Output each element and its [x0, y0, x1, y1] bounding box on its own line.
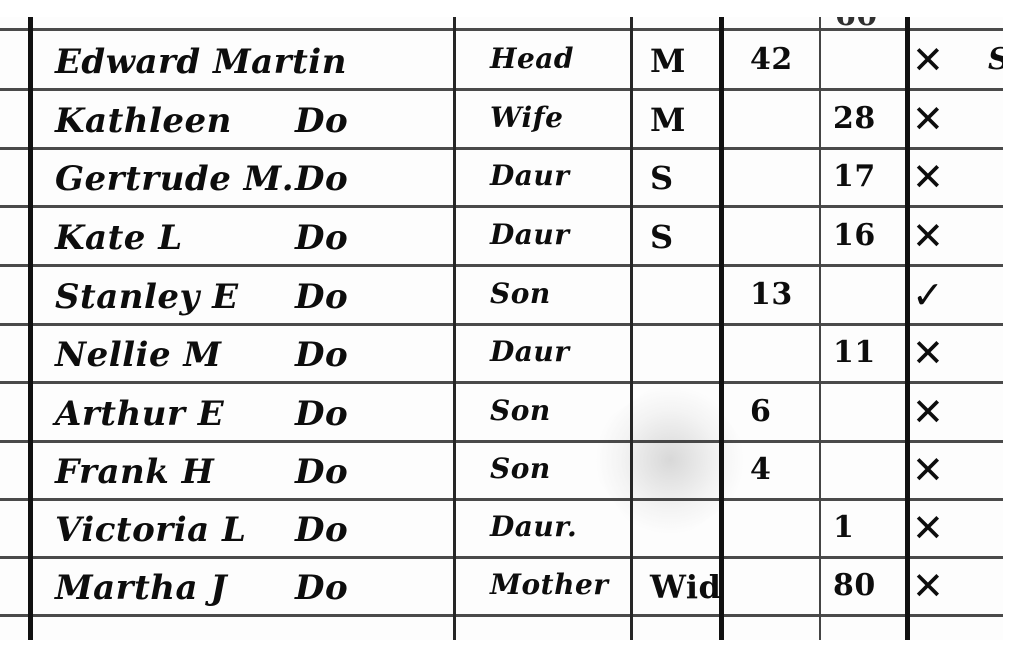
right-margin	[1003, 0, 1019, 653]
mark: ✕	[912, 564, 944, 608]
female-age: 11	[833, 335, 876, 370]
column-rule-age-mark	[905, 0, 910, 653]
female-age: 17	[833, 159, 876, 194]
paper-smudge	[573, 363, 768, 558]
surname-ditto: Do	[295, 218, 348, 258]
relation: Son	[490, 452, 551, 485]
bottom-margin	[0, 640, 1019, 653]
column-rule-relation-marital	[630, 0, 633, 653]
given-name: Martha J	[55, 568, 227, 608]
relation: Mother	[490, 568, 609, 601]
male-age: 4	[750, 452, 771, 487]
female-age: 16	[833, 218, 876, 253]
marital-status: S	[650, 159, 674, 197]
given-name: Frank H	[55, 452, 214, 492]
row-rule	[0, 147, 1003, 150]
top-margin	[0, 0, 1019, 17]
given-name: Arthur E	[55, 394, 224, 434]
mark: ✓	[912, 273, 944, 317]
marital-status: S	[650, 218, 674, 256]
relation: Son	[490, 277, 551, 310]
surname-ditto: Do	[295, 394, 348, 434]
relation: Wife	[490, 101, 563, 134]
row-rule	[0, 205, 1003, 208]
mark: ✕	[912, 38, 944, 82]
row-rule	[0, 381, 1003, 384]
mark: ✕	[912, 390, 944, 434]
relation: Daur	[490, 218, 570, 251]
given-name: Nellie M	[55, 335, 222, 375]
surname-ditto: Do	[295, 101, 348, 141]
census-page-scan: 60 ✕ Edward MartinHeadM42✕KathleenDoWife…	[0, 0, 1019, 653]
male-age: 13	[750, 277, 793, 312]
given-name: Gertrude M.	[55, 159, 294, 199]
marital-status: Wid	[650, 568, 721, 606]
female-age: 80	[833, 568, 876, 603]
mark: ✕	[912, 506, 944, 550]
column-rule-name-relation	[453, 0, 456, 653]
mark: ✕	[912, 97, 944, 141]
row-rule	[0, 440, 1003, 443]
mark: ✕	[912, 331, 944, 375]
relation: Daur.	[490, 510, 577, 543]
relation: Daur	[490, 159, 570, 192]
mark: ✕	[912, 155, 944, 199]
mark: ✕	[912, 214, 944, 258]
row-rule	[0, 556, 1003, 559]
surname-ditto: Do	[295, 277, 348, 317]
column-rule-male-female-age	[819, 0, 821, 653]
mark: ✕	[912, 448, 944, 492]
surname-ditto: Do	[295, 159, 348, 199]
surname-ditto: Do	[295, 335, 348, 375]
column-rule-marital-age	[719, 0, 724, 653]
given-name: Kate L	[55, 218, 183, 258]
given-name: Victoria L	[55, 510, 246, 550]
male-age: 42	[750, 42, 793, 77]
male-age: 6	[750, 394, 771, 429]
female-age: 1	[833, 510, 854, 545]
marital-status: M	[650, 42, 686, 80]
row-rule	[0, 88, 1003, 91]
surname-ditto: Do	[295, 568, 348, 608]
row-rule	[0, 323, 1003, 326]
relation: Son	[490, 394, 551, 427]
given-name: Stanley E	[55, 277, 239, 317]
surname-ditto: Do	[295, 452, 348, 492]
given-name: Kathleen	[55, 101, 232, 141]
surname-ditto: Do	[295, 510, 348, 550]
female-age: 28	[833, 101, 876, 136]
row-rule	[0, 614, 1003, 617]
relation: Head	[490, 42, 574, 75]
row-rule	[0, 264, 1003, 267]
column-rule-left	[28, 0, 33, 653]
row-rule	[0, 498, 1003, 501]
marital-status: M	[650, 101, 686, 139]
given-name: Edward Martin	[55, 42, 347, 82]
relation: Daur	[490, 335, 570, 368]
